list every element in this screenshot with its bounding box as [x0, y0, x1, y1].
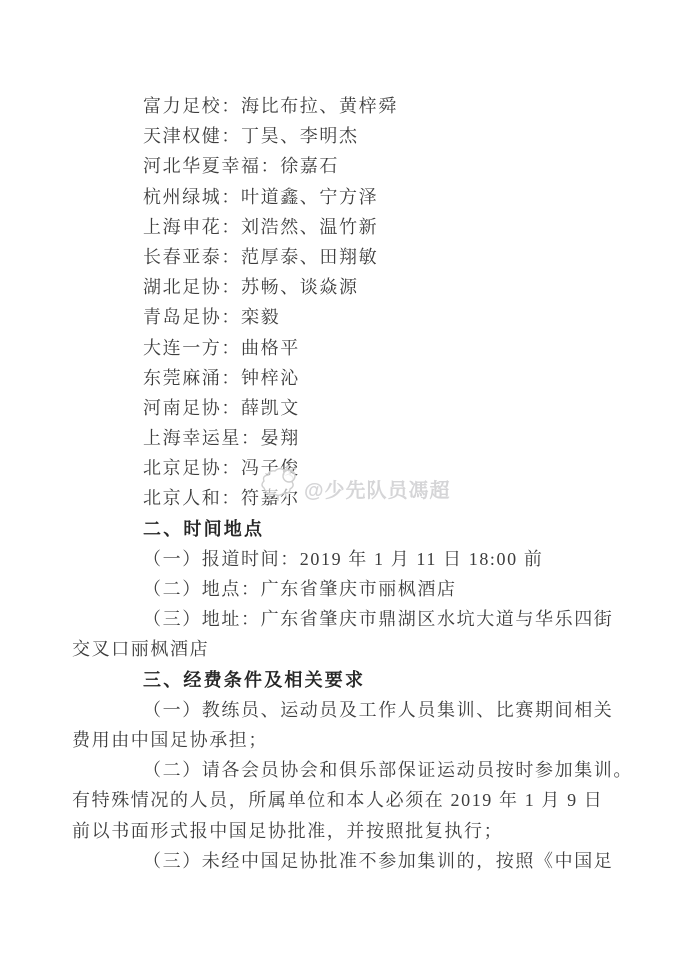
body-line: 前以书面形式报中国足协批准，并按照批复执行；: [72, 816, 632, 846]
club-line: 东莞麻涌：钟梓沁: [72, 363, 632, 393]
club-line: 北京人和：符嘉尔: [72, 483, 632, 513]
club-line: 湖北足协：苏畅、谈焱源: [72, 272, 632, 302]
body-line: 交叉口丽枫酒店: [72, 634, 632, 664]
club-line: 大连一方：曲格平: [72, 333, 632, 363]
body-line: 费用由中国足协承担；: [72, 725, 632, 755]
club-line: 北京足协：冯子俊: [72, 453, 632, 483]
section-funding-heading: 三、经费条件及相关要求: [72, 665, 632, 695]
club-line: 杭州绿城：叶道鑫、宁方泽: [72, 182, 632, 212]
document-text-block: 富力足校：海比布拉、黄梓舜 天津权健：丁昊、李明杰 河北华夏幸福：徐嘉石 杭州绿…: [72, 91, 632, 876]
body-line: 有特殊情况的人员，所属单位和本人必须在 2019 年 1 月 9 日: [72, 785, 632, 815]
section-funding: 三、经费条件及相关要求 （一）教练员、运动员及工作人员集训、比赛期间相关 费用由…: [72, 665, 632, 876]
body-line: （一）教练员、运动员及工作人员集训、比赛期间相关: [72, 695, 632, 725]
club-line: 上海申花：刘浩然、温竹新: [72, 212, 632, 242]
club-line: 青岛足协：栾毅: [72, 302, 632, 332]
body-line: （三）未经中国足协批准不参加集训的，按照《中国足: [72, 846, 632, 876]
club-line: 河北华夏幸福：徐嘉石: [72, 151, 632, 181]
club-line: 富力足校：海比布拉、黄梓舜: [72, 91, 632, 121]
club-line: 天津权健：丁昊、李明杰: [72, 121, 632, 151]
section-time-place: 二、时间地点 （一）报道时间：2019 年 1 月 11 日 18:00 前 （…: [72, 514, 632, 665]
club-line: 上海幸运星：晏翔: [72, 423, 632, 453]
club-line: 河南足协：薛凯文: [72, 393, 632, 423]
body-line: （三）地址：广东省肇庆市鼎湖区水坑大道与华乐四街: [72, 604, 632, 634]
body-line: （一）报道时间：2019 年 1 月 11 日 18:00 前: [72, 544, 632, 574]
document-page: 富力足校：海比布拉、黄梓舜 天津权健：丁昊、李明杰 河北华夏幸福：徐嘉石 杭州绿…: [0, 0, 690, 976]
body-line: （二）请各会员协会和俱乐部保证运动员按时参加集训。: [72, 755, 632, 785]
club-line: 长春亚泰：范厚泰、田翔敏: [72, 242, 632, 272]
club-list: 富力足校：海比布拉、黄梓舜 天津权健：丁昊、李明杰 河北华夏幸福：徐嘉石 杭州绿…: [72, 91, 632, 514]
body-line: （二）地点：广东省肇庆市丽枫酒店: [72, 574, 632, 604]
section-time-place-heading: 二、时间地点: [72, 514, 632, 544]
